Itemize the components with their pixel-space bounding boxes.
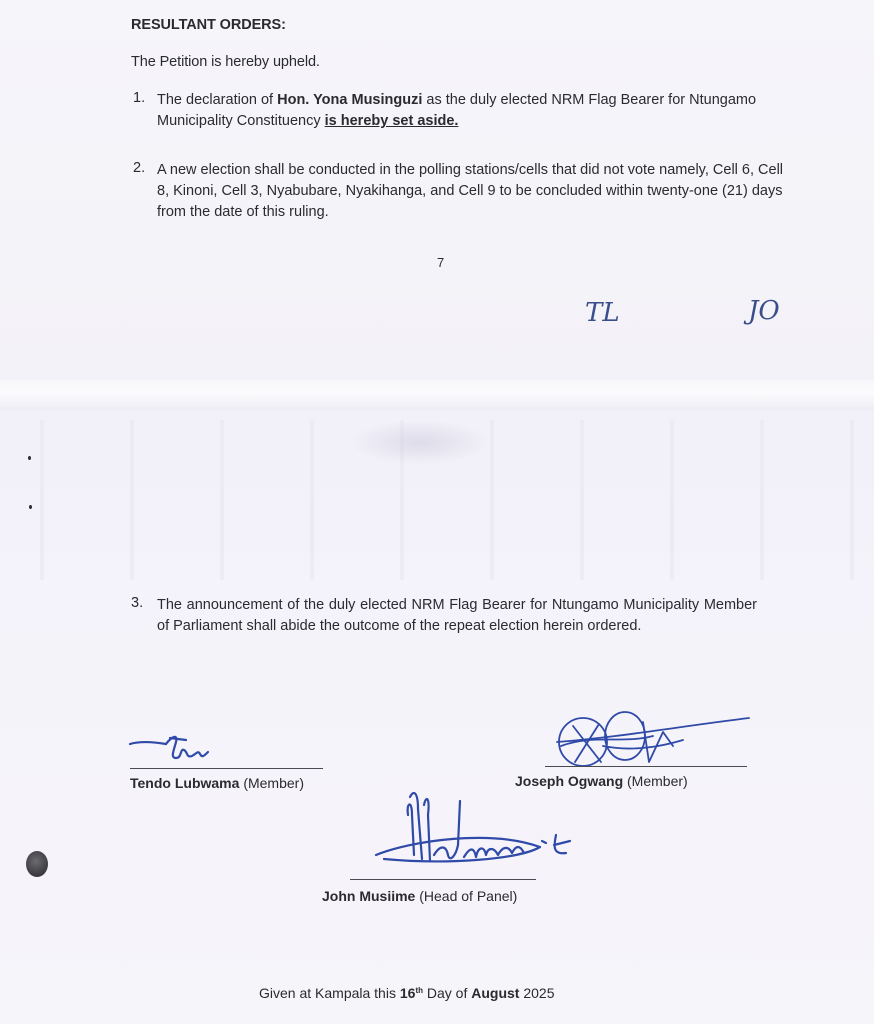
margin-initials-tl: TL [585, 298, 620, 328]
signatory-1-name: Tendo Lubwama [130, 775, 239, 791]
signature-line-3 [350, 879, 536, 880]
order-3-text: The announcement of the duly elected NRM… [157, 595, 757, 637]
signature-line-1 [130, 768, 323, 769]
signatory-2-role: (Member) [627, 773, 688, 789]
closing-statement: Given at Kampala this 16th Day of August… [259, 985, 555, 1001]
order-1-prefix: The declaration of [157, 92, 277, 108]
signatory-3-name: John Musiime [322, 888, 415, 904]
order-1-text: The declaration of Hon. Yona Musinguzi a… [157, 90, 797, 132]
scan-speck [29, 505, 32, 509]
signatory-3: John Musiime (Head of Panel) [322, 888, 517, 904]
signatory-1: Tendo Lubwama (Member) [130, 775, 304, 791]
closing-year: 2025 [519, 985, 554, 1001]
section-heading: RESULTANT ORDERS: [131, 15, 286, 36]
order-2-text: A new election shall be conducted in the… [157, 160, 797, 223]
margin-initials-jo: JO [748, 296, 780, 326]
signature-line-2 [545, 766, 747, 767]
intro-statement: The Petition is hereby upheld. [131, 52, 320, 73]
signatory-1-role: (Member) [243, 775, 304, 791]
closing-day-suffix: th [415, 986, 423, 995]
page-number: 7 [437, 255, 444, 270]
order-2-number: 2. [133, 160, 145, 176]
punch-hole [26, 851, 48, 877]
signatory-3-role: (Head of Panel) [419, 888, 517, 904]
scan-speck [28, 456, 31, 460]
closing-day: 16 [400, 985, 416, 1001]
order-1-number: 1. [133, 90, 145, 106]
closing-prefix: Given at Kampala this [259, 985, 400, 1001]
signature-john-musiime [370, 785, 585, 875]
closing-month: August [471, 985, 519, 1001]
closing-middle: Day of [423, 985, 471, 1001]
order-1-ruling: is hereby set aside. [325, 113, 459, 129]
order-1-name: Hon. Yona Musinguzi [277, 92, 422, 108]
page-seam [0, 380, 874, 410]
show-through-smudge [350, 420, 490, 465]
signature-tendo-lubwama [126, 728, 236, 768]
order-3-number: 3. [131, 595, 143, 611]
